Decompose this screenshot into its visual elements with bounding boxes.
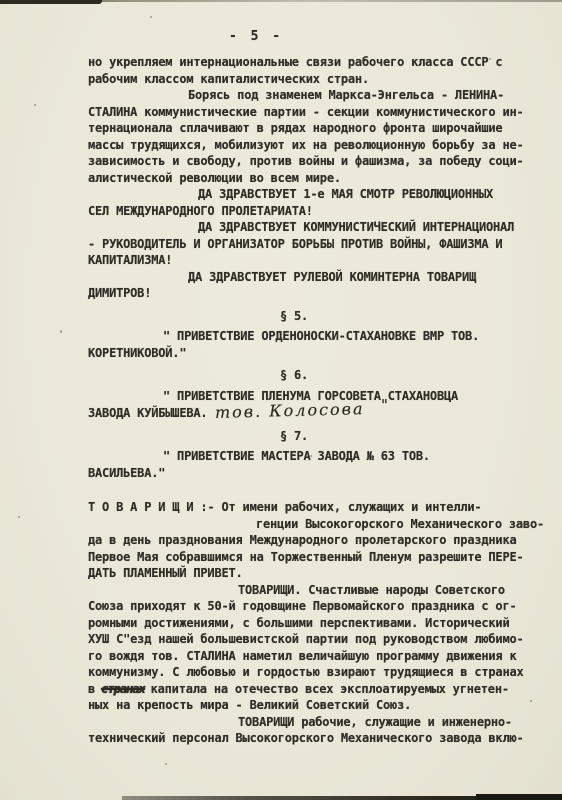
document-line: ДАТЬ ПЛАМЕННЫЙ ПРИВЕТ. (88, 565, 528, 582)
handwritten-quote-mark: " (381, 396, 388, 414)
document-line-quote: ВАСИЛЬЕВА." (88, 465, 528, 482)
document-line: массы трудящихся, мобилизуют их на револ… (88, 137, 528, 154)
overstruck-word: странах (101, 682, 145, 696)
document-line: тернационала сплачивают в рядах народног… (88, 120, 528, 137)
document-line-address: Т О В А Р И Щ И :- От имени рабочих, слу… (88, 499, 528, 516)
document-line: да в день празднования Международного пр… (88, 532, 528, 549)
paper-speck (60, 330, 62, 333)
scan-edge-bottom-right (476, 794, 562, 800)
document-line-correction: встранахкапитала на отечество всех экспл… (88, 681, 528, 698)
typed-text: ЗАВОДА КУЙБЫШЕВА. (88, 406, 207, 420)
document-line: Союза приходят к 50-й годовщине Первомай… (88, 598, 528, 615)
section-heading-7: § 7. (88, 428, 528, 445)
section-heading-5: § 5. (88, 308, 528, 325)
document-line: технический персонал Высокогорского Меха… (88, 730, 528, 747)
document-line-slogan: ДА ЗДРАВСТВУЕТ РУЛЕВОЙ КОМИНТЕРНА ТОВАРИ… (88, 269, 528, 286)
document-line: ромными достижениями, с большими перспек… (88, 615, 528, 632)
paper-speck (34, 104, 36, 106)
document-line: но укрепляем интернациональные связи раб… (88, 54, 528, 71)
document-line: ХУШ С"езд нашей большевистской партии по… (88, 631, 528, 648)
document-line-slogan: ДИМИТРОВ! (88, 285, 528, 302)
document-line-slogan: ДА ЗДРАВСТВУЕТ 1-е МАЯ СМОТР РЕВОЛЮЦИОНН… (88, 186, 528, 203)
document-line: генции Высокогорского Механического заво… (88, 516, 528, 533)
page-number: - 5 - (229, 29, 283, 44)
document-line: коммунизму. С любовью и гордостью взираю… (88, 664, 528, 681)
paper-speck (18, 516, 20, 518)
document-line-slogan: ДА ЗДРАВСТВУЕТ КОММУНИСТИЧЕСКИЙ ИНТЕРНАЦ… (88, 219, 528, 236)
document-line: ТОВАРИЩИ рабочие, служащие и инженерно- (88, 714, 528, 731)
document-line: Борясь под знаменем Маркса-Энгельса - ЛЕ… (88, 87, 528, 104)
typed-text: капитала на отечество всех эксплоатируем… (151, 682, 509, 696)
document-line-slogan: КАПИТАЛИЗМА! (88, 252, 528, 269)
document-line: го вождя тов. СТАЛИНА наметил величайшую… (88, 648, 528, 665)
typed-text: в (88, 682, 95, 696)
document-line: Первое Мая собравшимся на Торжественный … (88, 549, 528, 566)
section-heading-6: § 6. (88, 367, 528, 384)
document-line-quote: " ПРИВЕТСТВИЕ ОРДЕНОНОСКИ-СТАХАНОВКЕ ВМР… (88, 328, 528, 345)
document-line-slogan: СЕЛ МЕЖДУНАРОДНОГО ПРОЛЕТАРИАТА! (88, 203, 528, 220)
document-body: но укрепляем интернациональные связи раб… (88, 54, 528, 747)
paper-speck (150, 16, 152, 18)
document-line-quote: КОРЕТНИКОВОЙ." (88, 345, 528, 362)
document-line: ТОВАРИЩИ. Счастливые народы Советского (88, 582, 528, 599)
paper-speck (165, 763, 167, 765)
document-line-quote: ЗАВОДА КУЙБЫШЕВА.тов. Колосова" (88, 404, 528, 422)
handwritten-name: тов. Колосова (215, 401, 365, 421)
document-page: - 5 - но укрепляем интернациональные свя… (0, 0, 562, 800)
document-line: зависимость и свободу, против войны и фа… (88, 153, 528, 170)
document-line-quote: " ПРИВЕТСТВИЕ МАСТЕРА ЗАВОДА № 63 ТОВ. (88, 448, 528, 465)
document-line: ных на крепость мира - Великий Советский… (88, 697, 528, 714)
document-line: рабочим классом капиталистических стран. (88, 71, 528, 88)
paper-speck (530, 700, 532, 702)
document-line-slogan: - РУКОВОДИТЕЛЬ И ОРГАНИЗАТОР БОРЬБЫ ПРОТ… (88, 236, 528, 253)
scan-edge-top-left (0, 0, 102, 4)
document-line: СТАЛИНА коммунистические партии - секции… (88, 104, 528, 121)
document-line: алистической революции во всем мире. (88, 170, 528, 187)
